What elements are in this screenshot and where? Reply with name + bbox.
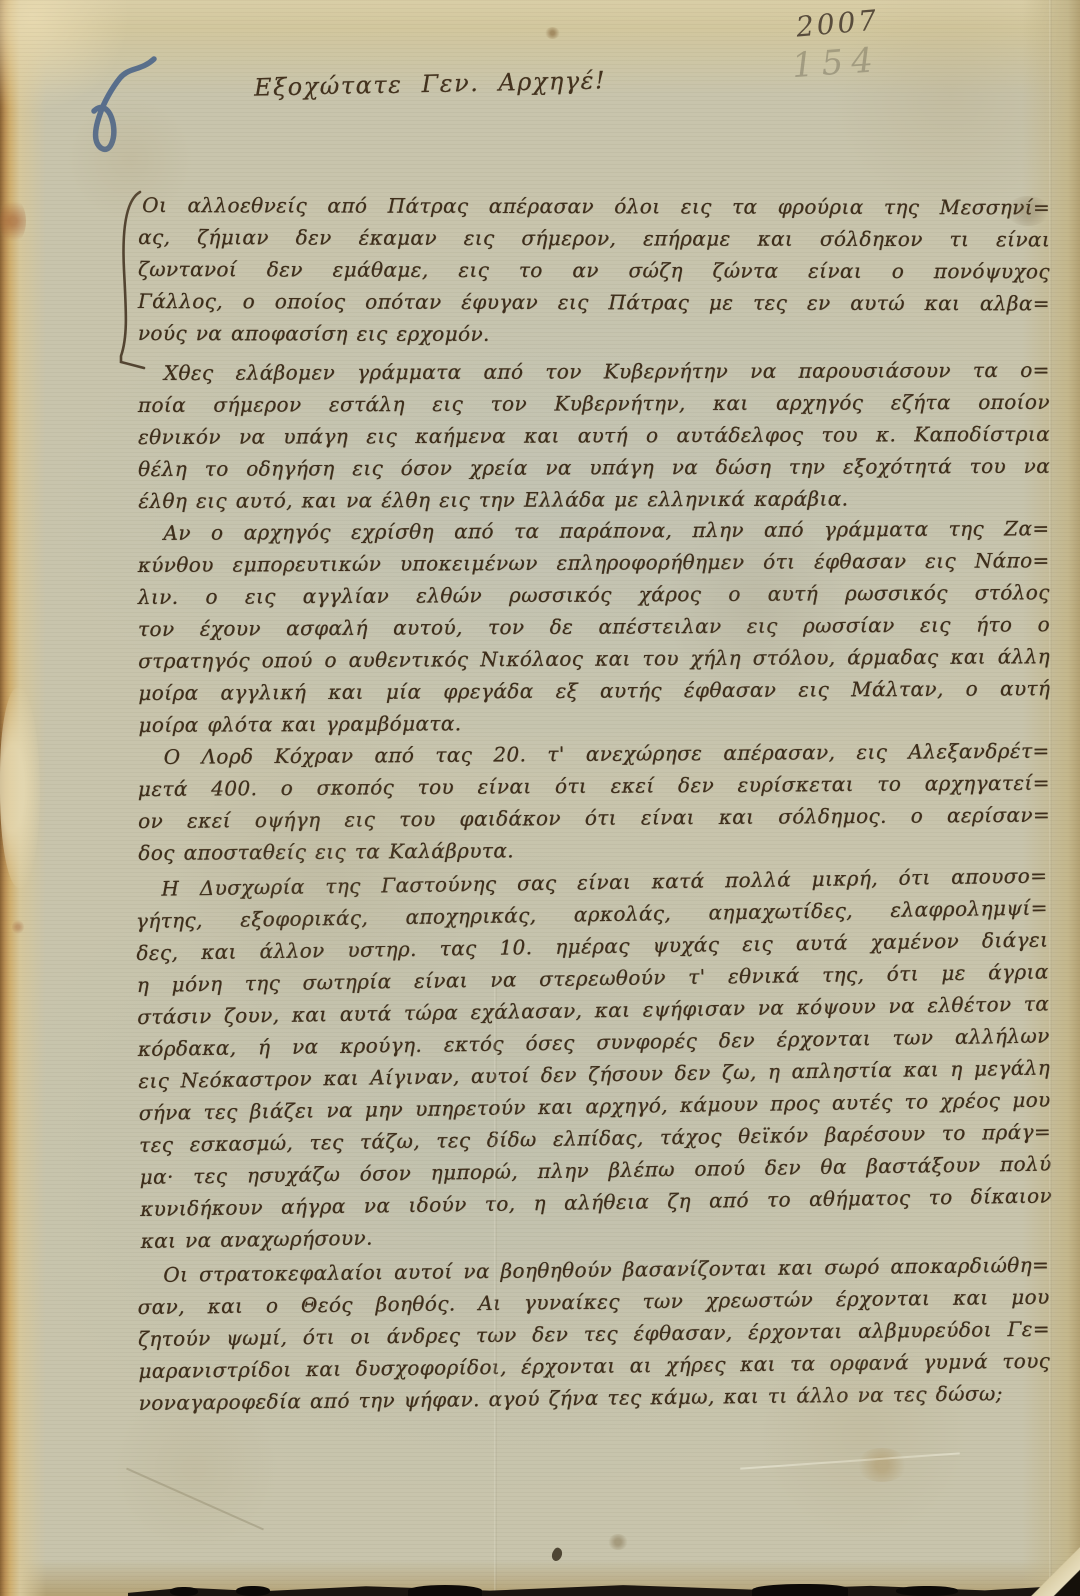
blue-crayon-mark-icon (58, 52, 158, 160)
next-page-ink-blob (408, 1585, 482, 1596)
manuscript-line: κύνθου εμπορευτικών υποκειμένων επληροφο… (138, 544, 1050, 581)
fold-crease (126, 1468, 264, 1531)
salutation-line: Εξοχώτατε Γεν. Αρχηγέ! (254, 66, 607, 102)
manuscript-line: ζωντανοί δεν εμάθαμε, εις το αν σώζη ζών… (138, 253, 1050, 287)
manuscript-line: εθνικόν να υπάγη εις καήμενα και αυτή ο … (138, 418, 1050, 453)
manuscript-line: ας, ζήμιαν δεν έκαμαν εις σήμερον, επήρα… (138, 221, 1050, 255)
manuscript-line: έλθη εις αυτό, και να έλθη εις την Ελλάδ… (138, 482, 1050, 517)
next-page-ink-blob (752, 1584, 848, 1596)
manuscript-body: Οι αλλοεθνείς από Πάτρας απέρασαν όλοι ε… (138, 189, 1050, 1419)
fold-crease (740, 1452, 960, 1469)
manuscript-line: θέλη το οδηγήση εις όσον χρεία να υπάγη … (138, 450, 1050, 485)
torn-paper-patch (0, 688, 40, 888)
pencil-faint-number: 154 (791, 43, 882, 83)
manuscript-line: Οι αλλοεθνείς από Πάτρας απέρασαν όλοι ε… (138, 189, 1050, 223)
manuscript-paragraph: Ο Λορδ Κόχραν από τας 20. τ' ανεχώρησε α… (138, 735, 1051, 869)
manuscript-line: μοίρα αγγλική και μία φρεγάδα εξ αυτής έ… (138, 672, 1050, 709)
folded-corner (1026, 1534, 1080, 1596)
manuscript-line: λιν. ο εις αγγλίαν ελθών ρωσσικός χάρος … (138, 576, 1050, 613)
manuscript-line: Αν ο αρχηγός εχρίσθη από τα παράπονα, πλ… (137, 512, 1049, 549)
manuscript-paragraph: Χθες ελάβομεν γράμματα από τον Κυβερνήτη… (138, 354, 1051, 517)
water-stain (856, 1448, 908, 1482)
manuscript-line: τον έχουν ασφαλή αυτού, τον δε απέστειλα… (138, 608, 1050, 645)
manuscript-line: Χθες ελάβομεν γράμματα από τον Κυβερνήτη… (138, 354, 1050, 389)
rust-stain (0, 198, 26, 244)
manuscript-page: 2007 154 Εξοχώτατε Γεν. Αρχηγέ! Οι αλλοε… (0, 0, 1080, 1596)
manuscript-paragraph: Οι αλλοεθνείς από Πάτρας απέρασαν όλοι ε… (138, 189, 1050, 351)
manuscript-line: Γάλλος, ο οποίος οπόταν έφυγαν εις Πάτρα… (138, 285, 1050, 319)
next-page-ink-blob (236, 1586, 270, 1596)
pencil-archive-number: 2007 (795, 6, 880, 41)
manuscript-line: ον εκεί οψήγη εις του φαιδάκον ότι είναι… (138, 799, 1050, 837)
ink-stain (545, 27, 560, 39)
manuscript-paragraph: Αν ο αρχηγός εχρίσθη από τα παράπονα, πλ… (137, 512, 1050, 741)
fold-crease (494, 980, 497, 1596)
manuscript-paragraph: Οι στρατοκεφαλαίοι αυτοί να βοηθηθούν βα… (137, 1249, 1051, 1419)
dark-speck (549, 1546, 565, 1562)
manuscript-line: ποία σήμερον εστάλη εις τον Κυβερνήτην, … (138, 386, 1050, 421)
manuscript-line: στρατηγός οπού ο αυθεντικός Νικόλαος και… (138, 640, 1050, 677)
next-page-ink-blob (896, 1586, 958, 1596)
next-page-ink-blob (170, 1587, 198, 1596)
manuscript-line: νούς να αποφασίση εις ερχομόν. (138, 317, 1050, 351)
page-edge-crease (1049, 0, 1052, 1596)
manuscript-paragraph: Η Δυσχωρία της Γαστούνης σας είναι κατά … (135, 859, 1053, 1256)
rust-stain (12, 920, 24, 934)
water-stain (608, 1534, 628, 1550)
